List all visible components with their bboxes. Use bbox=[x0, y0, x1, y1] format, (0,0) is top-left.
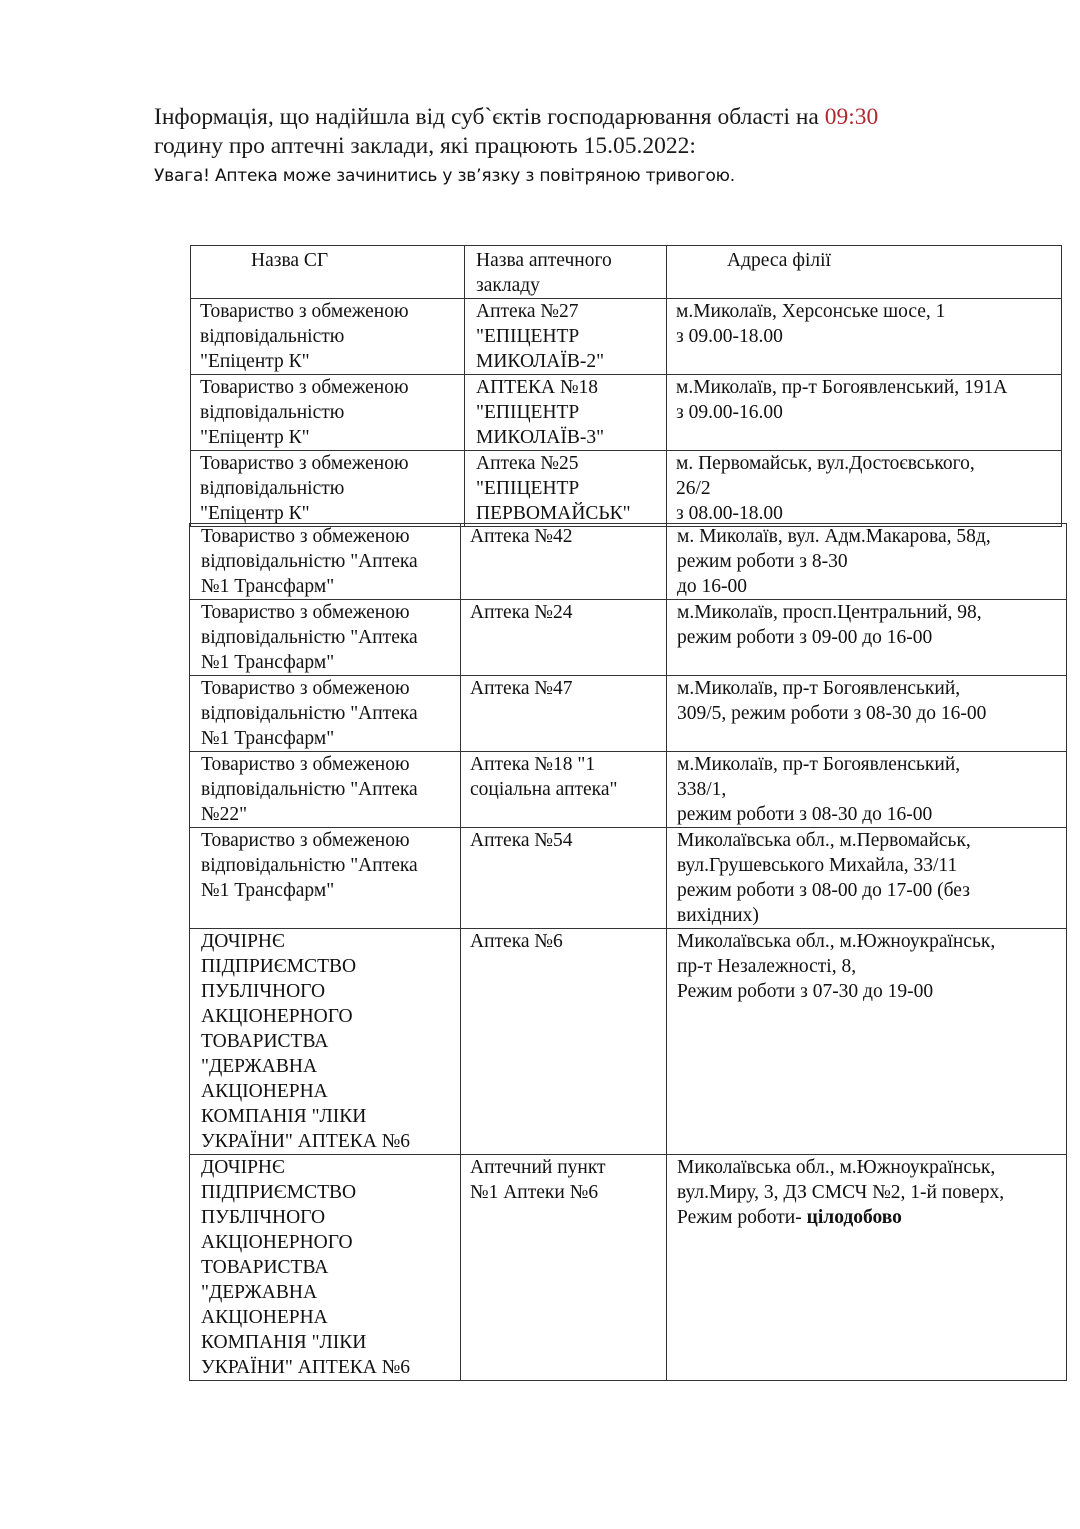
company-cell: Товариство з обмеженою відповідальністю … bbox=[191, 375, 465, 451]
address-cell: м.Миколаїв, просп.Центральний, 98, режим… bbox=[667, 600, 1067, 676]
air-raid-warning: Увага! Аптека може зачинитись у зв’язку … bbox=[154, 164, 1054, 188]
pharmacy-cell: Аптека №18 "1 соціальна аптека" bbox=[461, 752, 667, 828]
pharmacy-cell: Аптечний пункт №1 Аптеки №6 bbox=[461, 1155, 667, 1381]
table-row: Товариство з обмеженою відповідальністю … bbox=[190, 828, 1067, 929]
table-row: Товариство з обмеженою відповідальністю … bbox=[191, 451, 1062, 527]
company-cell: ДОЧІРНЄ ПІДПРИЄМСТВО ПУБЛІЧНОГО АКЦІОНЕР… bbox=[190, 1155, 461, 1381]
company-cell: Товариство з обмеженою відповідальністю … bbox=[190, 828, 461, 929]
table-row: Товариство з обмеженою відповідальністю … bbox=[190, 600, 1067, 676]
address-cell: м. Первомайськ, вул.Достоєвського, 26/2 … bbox=[667, 451, 1062, 527]
address-cell: м.Миколаїв, Херсонське шосе, 1 з 09.00-1… bbox=[667, 299, 1062, 375]
document-header: Інформація, що надійшла від суб`єктів го… bbox=[154, 103, 1054, 188]
table-row: ДОЧІРНЄ ПІДПРИЄМСТВО ПУБЛІЧНОГО АКЦІОНЕР… bbox=[190, 1155, 1067, 1381]
address-cell: м.Миколаїв, пр-т Богоявленський, 338/1, … bbox=[667, 752, 1067, 828]
address-cell: м.Миколаїв, пр-т Богоявленський, 309/5, … bbox=[667, 676, 1067, 752]
company-cell: Товариство з обмеженою відповідальністю … bbox=[190, 752, 461, 828]
pharmacy-cell: АПТЕКА №18 "ЕПІЦЕНТР МИКОЛАЇВ-3" bbox=[465, 375, 667, 451]
header-text: Інформація, що надійшла від суб`єктів го… bbox=[154, 104, 825, 130]
pharmacy-cell: Аптека №54 bbox=[461, 828, 667, 929]
pharmacy-cell: Аптека №24 bbox=[461, 600, 667, 676]
column-header-company: Назва СГ bbox=[191, 246, 465, 299]
company-cell: Товариство з обмеженою відповідальністю … bbox=[191, 451, 465, 527]
company-cell: Товариство з обмеженою відповідальністю … bbox=[190, 676, 461, 752]
pharmacy-cell: Аптека №42 bbox=[461, 524, 667, 600]
pharmacy-cell: Аптека №27 "ЕПІЦЕНТР МИКОЛАЇВ-2" bbox=[465, 299, 667, 375]
pharmacy-cell: Аптека №47 bbox=[461, 676, 667, 752]
table-header-row: Назва СГ Назва аптечного закладу Адреса … bbox=[191, 246, 1062, 299]
table-row: Товариство з обмеженою відповідальністю … bbox=[190, 524, 1067, 600]
table-row: ДОЧІРНЄ ПІДПРИЄМСТВО ПУБЛІЧНОГО АКЦІОНЕР… bbox=[190, 929, 1067, 1155]
company-cell: Товариство з обмеженою відповідальністю … bbox=[191, 299, 465, 375]
address-cell: м. Миколаїв, вул. Адм.Макарова, 58д, реж… bbox=[667, 524, 1067, 600]
header-line-2: годину про аптечні заклади, які працюють… bbox=[154, 132, 1054, 161]
pharmacy-cell: Аптека №25 "ЕПІЦЕНТР ПЕРВОМАЙСЬК" bbox=[465, 451, 667, 527]
company-cell: Товариство з обмеженою відповідальністю … bbox=[190, 524, 461, 600]
pharmacy-cell: Аптека №6 bbox=[461, 929, 667, 1155]
column-header-pharmacy: Назва аптечного закладу bbox=[465, 246, 667, 299]
column-header-address: Адреса філії bbox=[667, 246, 1062, 299]
address-cell: Миколаївська обл., м.Южноукраїнськ, пр-т… bbox=[667, 929, 1067, 1155]
pharmacy-table-bottom: Товариство з обмеженою відповідальністю … bbox=[189, 523, 1067, 1381]
header-line-1: Інформація, що надійшла від суб`єктів го… bbox=[154, 103, 1054, 132]
report-time: 09:30 bbox=[825, 104, 879, 130]
table-row: Товариство з обмеженою відповідальністю … bbox=[190, 752, 1067, 828]
table-row: Товариство з обмеженою відповідальністю … bbox=[191, 375, 1062, 451]
company-cell: ДОЧІРНЄ ПІДПРИЄМСТВО ПУБЛІЧНОГО АКЦІОНЕР… bbox=[190, 929, 461, 1155]
address-cell: Миколаївська обл., м.Южноукраїнськ, вул.… bbox=[667, 1155, 1067, 1381]
company-cell: Товариство з обмеженою відповідальністю … bbox=[190, 600, 461, 676]
table-row: Товариство з обмеженою відповідальністю … bbox=[191, 299, 1062, 375]
hours-24-7: цілодобово bbox=[807, 1207, 902, 1228]
pharmacy-table-top: Назва СГ Назва аптечного закладу Адреса … bbox=[190, 245, 1062, 527]
address-cell: Миколаївська обл., м.Первомайськ, вул.Гр… bbox=[667, 828, 1067, 929]
table-row: Товариство з обмеженою відповідальністю … bbox=[190, 676, 1067, 752]
address-cell: м.Миколаїв, пр-т Богоявленський, 191А з … bbox=[667, 375, 1062, 451]
